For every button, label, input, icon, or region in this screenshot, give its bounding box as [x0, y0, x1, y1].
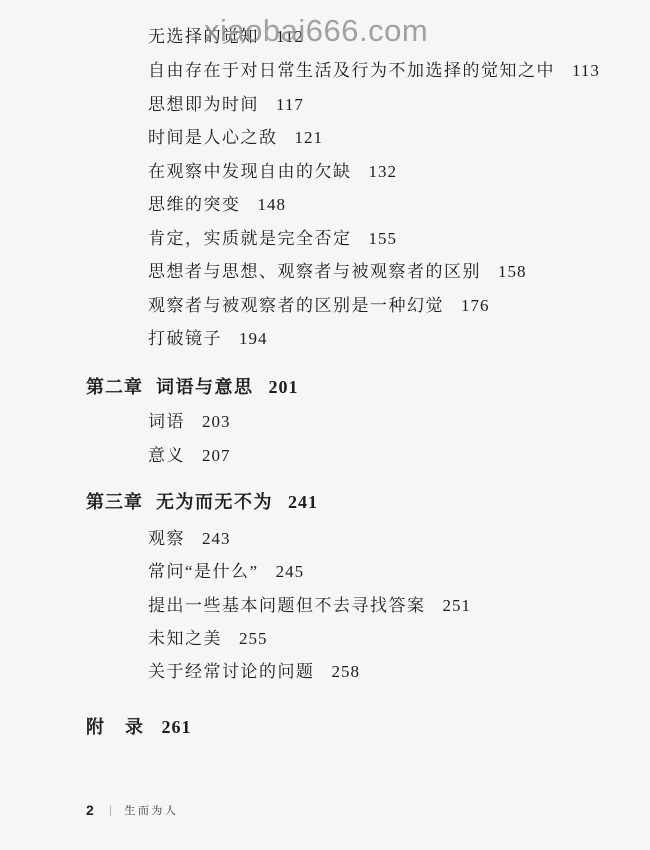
footer-book-title: 生而为人 [124, 802, 178, 818]
appendix-title: 附 录 [86, 717, 145, 737]
toc-entry-page: 148 [258, 195, 287, 214]
toc-entry: 时间是人心之敌121 [148, 127, 323, 149]
toc-entry-page: 203 [202, 412, 231, 431]
toc-entry-title: 意义 [148, 446, 185, 465]
toc-entry-title: 关于经常讨论的问题 [148, 662, 315, 681]
toc-entry: 观察者与被观察者的区别是一种幻觉176 [148, 295, 490, 317]
page-footer: 2 | 生而为人 [86, 802, 178, 818]
footer-page-number: 2 [86, 802, 94, 818]
toc-entry: 未知之美255 [148, 628, 268, 650]
toc-entry: 观察243 [148, 528, 231, 550]
toc-entry-title: 未知之美 [148, 629, 222, 648]
chapter-page: 241 [288, 492, 318, 512]
toc-entry-page: 155 [369, 229, 398, 248]
chapter-label: 第三章 [86, 492, 143, 512]
toc-entry: 思想即为时间117 [148, 94, 304, 116]
toc-entry-page: 113 [572, 61, 600, 80]
chapter-heading: 第二章词语与意思201 [86, 376, 299, 398]
toc-entry-page: 158 [498, 262, 527, 281]
toc-entry-title: 在观察中发现自由的欠缺 [148, 162, 352, 181]
chapter-page: 201 [269, 377, 299, 397]
book-toc-page: xiaobai666.com 无选择的觉知112 自由存在于对日常生活及行为不加… [0, 0, 650, 850]
toc-entry-title: 自由存在于对日常生活及行为不加选择的觉知之中 [148, 61, 555, 80]
toc-entry: 自由存在于对日常生活及行为不加选择的觉知之中113 [148, 60, 600, 82]
toc-entry: 关于经常讨论的问题258 [148, 661, 360, 683]
toc-entry-title: 观察 [148, 529, 185, 548]
toc-entry-title: 提出一些基本问题但不去寻找答案 [148, 596, 426, 615]
toc-entry: 思想者与思想、观察者与被观察者的区别158 [148, 261, 527, 283]
chapter-label: 第二章 [86, 377, 143, 397]
chapter-title: 词语与意思 [156, 377, 254, 397]
toc-entry: 打破镜子194 [148, 328, 268, 350]
toc-entry-title: 词语 [148, 412, 185, 431]
footer-separator: | [109, 802, 111, 818]
toc-entry-page: 194 [239, 329, 268, 348]
watermark-text: xiaobai666.com [204, 13, 428, 49]
toc-entry: 思维的突变148 [148, 194, 286, 216]
toc-entry-page: 243 [202, 529, 231, 548]
toc-entry-title: 思维的突变 [148, 195, 241, 214]
toc-entry: 肯定，实质就是完全否定155 [148, 228, 397, 250]
chapter-title: 无为而无不为 [156, 492, 273, 512]
toc-entry-title: 常问“是什么” [148, 562, 259, 581]
toc-entry-title: 思想即为时间 [148, 95, 259, 114]
toc-entry: 词语203 [148, 411, 231, 433]
toc-entry-page: 121 [295, 128, 324, 147]
toc-entry-page: 207 [202, 446, 231, 465]
toc-entry-page: 258 [332, 662, 361, 681]
toc-entry-page: 255 [239, 629, 268, 648]
toc-entry-page: 251 [443, 596, 472, 615]
toc-entry-title: 肯定，实质就是完全否定 [148, 229, 352, 248]
appendix-page: 261 [162, 717, 192, 737]
toc-entry-title: 时间是人心之敌 [148, 128, 278, 147]
toc-entry: 常问“是什么”245 [148, 561, 304, 583]
toc-entry: 在观察中发现自由的欠缺132 [148, 161, 397, 183]
toc-entry-page: 132 [369, 162, 398, 181]
toc-entry-page: 117 [276, 95, 304, 114]
toc-entry-title: 观察者与被观察者的区别是一种幻觉 [148, 296, 444, 315]
toc-entry-title: 思想者与思想、观察者与被观察者的区别 [148, 262, 481, 281]
toc-entry-page: 245 [276, 562, 305, 581]
chapter-heading: 第三章无为而无不为241 [86, 491, 318, 513]
toc-entry: 意义207 [148, 445, 231, 467]
toc-entry: 提出一些基本问题但不去寻找答案251 [148, 595, 471, 617]
toc-entry-page: 176 [461, 296, 490, 315]
toc-entry-title: 打破镜子 [148, 329, 222, 348]
appendix-heading: 附 录261 [86, 716, 192, 738]
